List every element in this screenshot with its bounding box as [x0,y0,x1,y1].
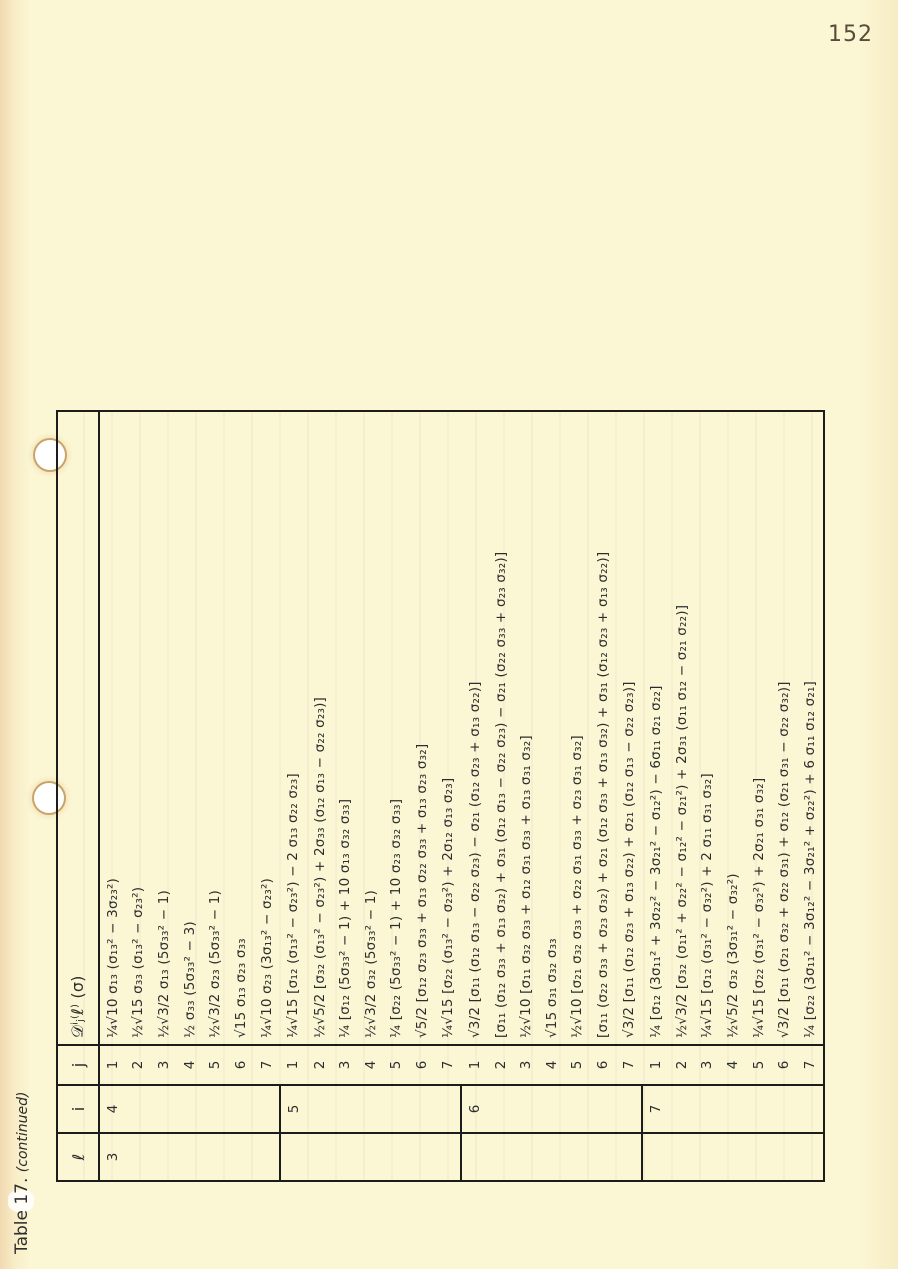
table-row: 5¼√15 [σ₂₂ (σ₃₁² − σ₃₂²) + 2σ₂₁ σ₃₁ σ₃₂] [746,411,772,1181]
page-number: 152 [828,22,873,47]
cell-j: 4 [358,1045,384,1085]
cell-j: 5 [202,1045,228,1085]
table-row: 7¼ [σ₂₂ (3σ₁₁² − 3σ₁₂² − 3σ₂₁² + σ₂₂²) +… [797,411,824,1181]
cell-l [797,1133,824,1181]
cell-expression: ½√10 [σ₂₁ σ₃₂ σ₃₃ + σ₂₂ σ₃₁ σ₃₃ + σ₂₃ σ₃… [565,411,591,1045]
cell-l [488,1133,514,1181]
caption-subtitle: (continued) [15,1092,31,1173]
table-row: 5½√3/2 σ₂₃ (5σ₃₃² − 1) [202,411,228,1181]
cell-i [797,1085,824,1133]
cell-j: 1 [642,1045,669,1085]
table-row: 4½√3/2 σ₃₂ (5σ₃₃² − 1) [358,411,384,1181]
cell-l [254,1133,281,1181]
cell-expression: √3/2 [σ₁₁ (σ₁₂ σ₂₃ + σ₁₃ σ₂₂) + σ₂₁ (σ₁₂… [616,411,643,1045]
cell-expression: [σ₁₁ (σ₂₂ σ₃₃ + σ₂₃ σ₃₂) + σ₂₁ (σ₁₂ σ₃₃ … [590,411,616,1045]
cell-expression: √3/2 [σ₁₁ (σ₁₂ σ₁₃ − σ₂₂ σ₂₃) − σ₂₁ (σ₁₂… [461,411,488,1045]
table-row: 3¼√15 [σ₁₂ (σ₃₁² − σ₃₂²) + 2 σ₁₁ σ₃₁ σ₃₂… [695,411,721,1181]
cell-l [590,1133,616,1181]
cell-i [539,1085,565,1133]
cell-i [435,1085,462,1133]
cell-j: 2 [126,1045,152,1085]
cell-j: 3 [695,1045,721,1085]
table-row: 4½√5/2 σ₃₂ (3σ₃₁² − σ₃₂²) [720,411,746,1181]
cell-i [151,1085,177,1133]
cell-expression: ½ σ₃₃ (5σ₃₃² − 3) [177,411,203,1045]
cell-j: 2 [488,1045,514,1085]
table-row: 5½√10 [σ₂₁ σ₃₂ σ₃₃ + σ₂₂ σ₃₁ σ₃₃ + σ₂₃ σ… [565,411,591,1181]
table-row: 2½√15 σ₃₃ (σ₁₃² − σ₂₃²) [126,411,152,1181]
cell-l [539,1133,565,1181]
cell-l [280,1133,307,1181]
cell-expression: ½√3/2 σ₁₃ (5σ₃₃² − 1) [151,411,177,1045]
cell-l [177,1133,203,1181]
table-row: 341¼√10 σ₁₃ (σ₁₃² − 3σ₂₃²) [99,411,126,1181]
table-row: 3¼ [σ₁₂ (5σ₃₃² − 1) + 10 σ₁₃ σ₃₂ σ₃₃] [332,411,358,1181]
cell-i: 4 [99,1085,126,1133]
cell-expression: [σ₁₁ (σ₁₂ σ₃₃ + σ₁₃ σ₃₂) + σ₃₁ (σ₁₂ σ₁₃ … [488,411,514,1045]
cell-i [720,1085,746,1133]
cell-j: 4 [720,1045,746,1085]
cell-j: 1 [280,1045,307,1085]
cell-i [565,1085,591,1133]
table-row: 61√3/2 [σ₁₁ (σ₁₂ σ₁₃ − σ₂₂ σ₂₃) − σ₂₁ (σ… [461,411,488,1181]
header-expression: 𝒟ⁱⱼ⁽ℓ⁾ (σ) [57,411,99,1045]
table-caption: Table 17. (continued) [12,1092,32,1255]
cell-i: 5 [280,1085,307,1133]
cell-expression: ½√10 [σ₁₁ σ₃₂ σ₃₃ + σ₁₂ σ₃₁ σ₃₃ + σ₁₃ σ₃… [514,411,540,1045]
table-row: 3½√10 [σ₁₁ σ₃₂ σ₃₃ + σ₁₂ σ₃₁ σ₃₃ + σ₁₃ σ… [514,411,540,1181]
cell-expression: √15 σ₃₁ σ₃₂ σ₃₃ [539,411,565,1045]
cell-expression: ¼ [σ₁₂ (3σ₁₁² + 3σ₂₂² − 3σ₂₁² − σ₁₂²) − … [642,411,669,1045]
cell-l [514,1133,540,1181]
table-row: 7¼√10 σ₂₃ (3σ₁₃² − σ₂₃²) [254,411,281,1181]
cell-l [409,1133,435,1181]
cell-expression: ½√5/2 σ₃₂ (3σ₃₁² − σ₃₂²) [720,411,746,1045]
table-row: 3½√3/2 σ₁₃ (5σ₃₃² − 1) [151,411,177,1181]
cell-j: 3 [151,1045,177,1085]
scanned-page: 152 Table 17. (continued) ℓ i j 𝒟ⁱⱼ⁽ℓ⁾ (… [0,0,898,1269]
cell-expression: ¼√15 [σ₁₂ (σ₁₃² − σ₂₃²) − 2 σ₁₃ σ₂₂ σ₂₃] [280,411,307,1045]
cell-j: 7 [616,1045,643,1085]
cell-i [616,1085,643,1133]
cell-expression: ¼ [σ₁₂ (5σ₃₃² − 1) + 10 σ₁₃ σ₃₂ σ₃₃] [332,411,358,1045]
cell-j: 7 [254,1045,281,1085]
table-header-row: ℓ i j 𝒟ⁱⱼ⁽ℓ⁾ (σ) [57,411,99,1181]
cell-i [409,1085,435,1133]
cell-l [151,1133,177,1181]
cell-i: 6 [461,1085,488,1133]
cell-expression: ¼√15 [σ₂₂ (σ₃₁² − σ₃₂²) + 2σ₂₁ σ₃₁ σ₃₂] [746,411,772,1045]
cell-expression: ½√15 σ₃₃ (σ₁₃² − σ₂₃²) [126,411,152,1045]
cell-i [177,1085,203,1133]
table-row: 7√3/2 [σ₁₁ (σ₁₂ σ₂₃ + σ₁₃ σ₂₂) + σ₂₁ (σ₁… [616,411,643,1181]
cell-j: 6 [590,1045,616,1085]
header-j: j [57,1045,99,1085]
cell-i [695,1085,721,1133]
cell-expression: √5/2 [σ₁₂ σ₂₃ σ₃₃ + σ₁₃ σ₂₂ σ₃₃ + σ₁₃ σ₂… [409,411,435,1045]
cell-i [202,1085,228,1133]
cell-i [590,1085,616,1133]
cell-j: 6 [228,1045,254,1085]
cell-expression: ½√3/2 [σ₃₂ (σ₁₁² + σ₂₂² − σ₁₂² − σ₂₁²) +… [669,411,695,1045]
cell-j: 5 [746,1045,772,1085]
table-row: 6√5/2 [σ₁₂ σ₂₃ σ₃₃ + σ₁₃ σ₂₂ σ₃₃ + σ₁₃ σ… [409,411,435,1181]
cell-j: 2 [307,1045,333,1085]
cell-l [126,1133,152,1181]
cell-j: 6 [771,1045,797,1085]
cell-expression: ¼ [σ₂₂ (5σ₃₃² − 1) + 10 σ₂₃ σ₃₂ σ₃₃] [384,411,410,1045]
cell-i [746,1085,772,1133]
cell-l [616,1133,643,1181]
cell-j: 5 [565,1045,591,1085]
cell-expression: ¼√15 [σ₁₂ (σ₃₁² − σ₃₂²) + 2 σ₁₁ σ₃₁ σ₃₂] [695,411,721,1045]
cell-i [358,1085,384,1133]
cell-l [384,1133,410,1181]
rotated-table-area: Table 17. (continued) ℓ i j 𝒟ⁱⱼ⁽ℓ⁾ (σ) 3… [56,410,864,1262]
cell-i [771,1085,797,1133]
table-row: 51¼√15 [σ₁₂ (σ₁₃² − σ₂₃²) − 2 σ₁₃ σ₂₂ σ₂… [280,411,307,1181]
rotation-matrix-table: ℓ i j 𝒟ⁱⱼ⁽ℓ⁾ (σ) 341¼√10 σ₁₃ (σ₁₃² − 3σ₂… [56,410,825,1182]
cell-j: 3 [514,1045,540,1085]
cell-l: 3 [99,1133,126,1181]
cell-expression: ½√3/2 σ₃₂ (5σ₃₃² − 1) [358,411,384,1045]
cell-j: 6 [409,1045,435,1085]
cell-j: 2 [669,1045,695,1085]
table-row: 6[σ₁₁ (σ₂₂ σ₃₃ + σ₂₃ σ₃₂) + σ₂₁ (σ₁₂ σ₃₃… [590,411,616,1181]
cell-j: 7 [797,1045,824,1085]
cell-l [307,1133,333,1181]
cell-i [384,1085,410,1133]
table-row: 4√15 σ₃₁ σ₃₂ σ₃₃ [539,411,565,1181]
table-row: 4½ σ₃₃ (5σ₃₃² − 3) [177,411,203,1181]
cell-i [514,1085,540,1133]
caption-title: Table 17. [12,1178,32,1254]
cell-expression: √3/2 [σ₁₁ (σ₂₁ σ₃₂ + σ₂₂ σ₃₁) + σ₁₂ (σ₂₁… [771,411,797,1045]
table-body: 341¼√10 σ₁₃ (σ₁₃² − 3σ₂₃²)2½√15 σ₃₃ (σ₁₃… [99,411,824,1181]
cell-expression: ¼√15 [σ₂₂ (σ₁₃² − σ₂₃²) + 2σ₁₂ σ₁₃ σ₂₃] [435,411,462,1045]
table-row: 2½√5/2 [σ₃₂ (σ₁₃² − σ₂₃²) + 2σ₃₃ (σ₁₂ σ₁… [307,411,333,1181]
header-l: ℓ [57,1133,99,1181]
cell-j: 4 [539,1045,565,1085]
table-row: 6√3/2 [σ₁₁ (σ₂₁ σ₃₂ + σ₂₂ σ₃₁) + σ₁₂ (σ₂… [771,411,797,1181]
cell-j: 3 [332,1045,358,1085]
header-i: i [57,1085,99,1133]
cell-l [461,1133,488,1181]
cell-expression: ¼√10 σ₁₃ (σ₁₃² − 3σ₂₃²) [99,411,126,1045]
cell-i [332,1085,358,1133]
cell-i [307,1085,333,1133]
cell-j: 7 [435,1045,462,1085]
table-row: 7¼√15 [σ₂₂ (σ₁₃² − σ₂₃²) + 2σ₁₂ σ₁₃ σ₂₃] [435,411,462,1181]
cell-l [565,1133,591,1181]
cell-l [746,1133,772,1181]
cell-expression: ½√3/2 σ₂₃ (5σ₃₃² − 1) [202,411,228,1045]
cell-l [435,1133,462,1181]
cell-expression: ¼√10 σ₂₃ (3σ₁₃² − σ₂₃²) [254,411,281,1045]
cell-expression: ¼ [σ₂₂ (3σ₁₁² − 3σ₁₂² − 3σ₂₁² + σ₂₂²) + … [797,411,824,1045]
table-row: 6√15 σ₁₃ σ₂₃ σ₃₃ [228,411,254,1181]
cell-l [642,1133,669,1181]
cell-l [669,1133,695,1181]
table-row: 71¼ [σ₁₂ (3σ₁₁² + 3σ₂₂² − 3σ₂₁² − σ₁₂²) … [642,411,669,1181]
cell-l [695,1133,721,1181]
table-row: 2[σ₁₁ (σ₁₂ σ₃₃ + σ₁₃ σ₃₂) + σ₃₁ (σ₁₂ σ₁₃… [488,411,514,1181]
cell-l [202,1133,228,1181]
cell-i [488,1085,514,1133]
cell-l [332,1133,358,1181]
cell-j: 1 [461,1045,488,1085]
cell-i [254,1085,281,1133]
table-row: 5¼ [σ₂₂ (5σ₃₃² − 1) + 10 σ₂₃ σ₃₂ σ₃₃] [384,411,410,1181]
cell-j: 4 [177,1045,203,1085]
table-row: 2½√3/2 [σ₃₂ (σ₁₁² + σ₂₂² − σ₁₂² − σ₂₁²) … [669,411,695,1181]
cell-l [771,1133,797,1181]
cell-i [126,1085,152,1133]
cell-i [669,1085,695,1133]
cell-l [358,1133,384,1181]
cell-j: 1 [99,1045,126,1085]
cell-expression: √15 σ₁₃ σ₂₃ σ₃₃ [228,411,254,1045]
cell-i: 7 [642,1085,669,1133]
cell-l [720,1133,746,1181]
cell-l [228,1133,254,1181]
cell-j: 5 [384,1045,410,1085]
cell-expression: ½√5/2 [σ₃₂ (σ₁₃² − σ₂₃²) + 2σ₃₃ (σ₁₂ σ₁₃… [307,411,333,1045]
cell-i [228,1085,254,1133]
